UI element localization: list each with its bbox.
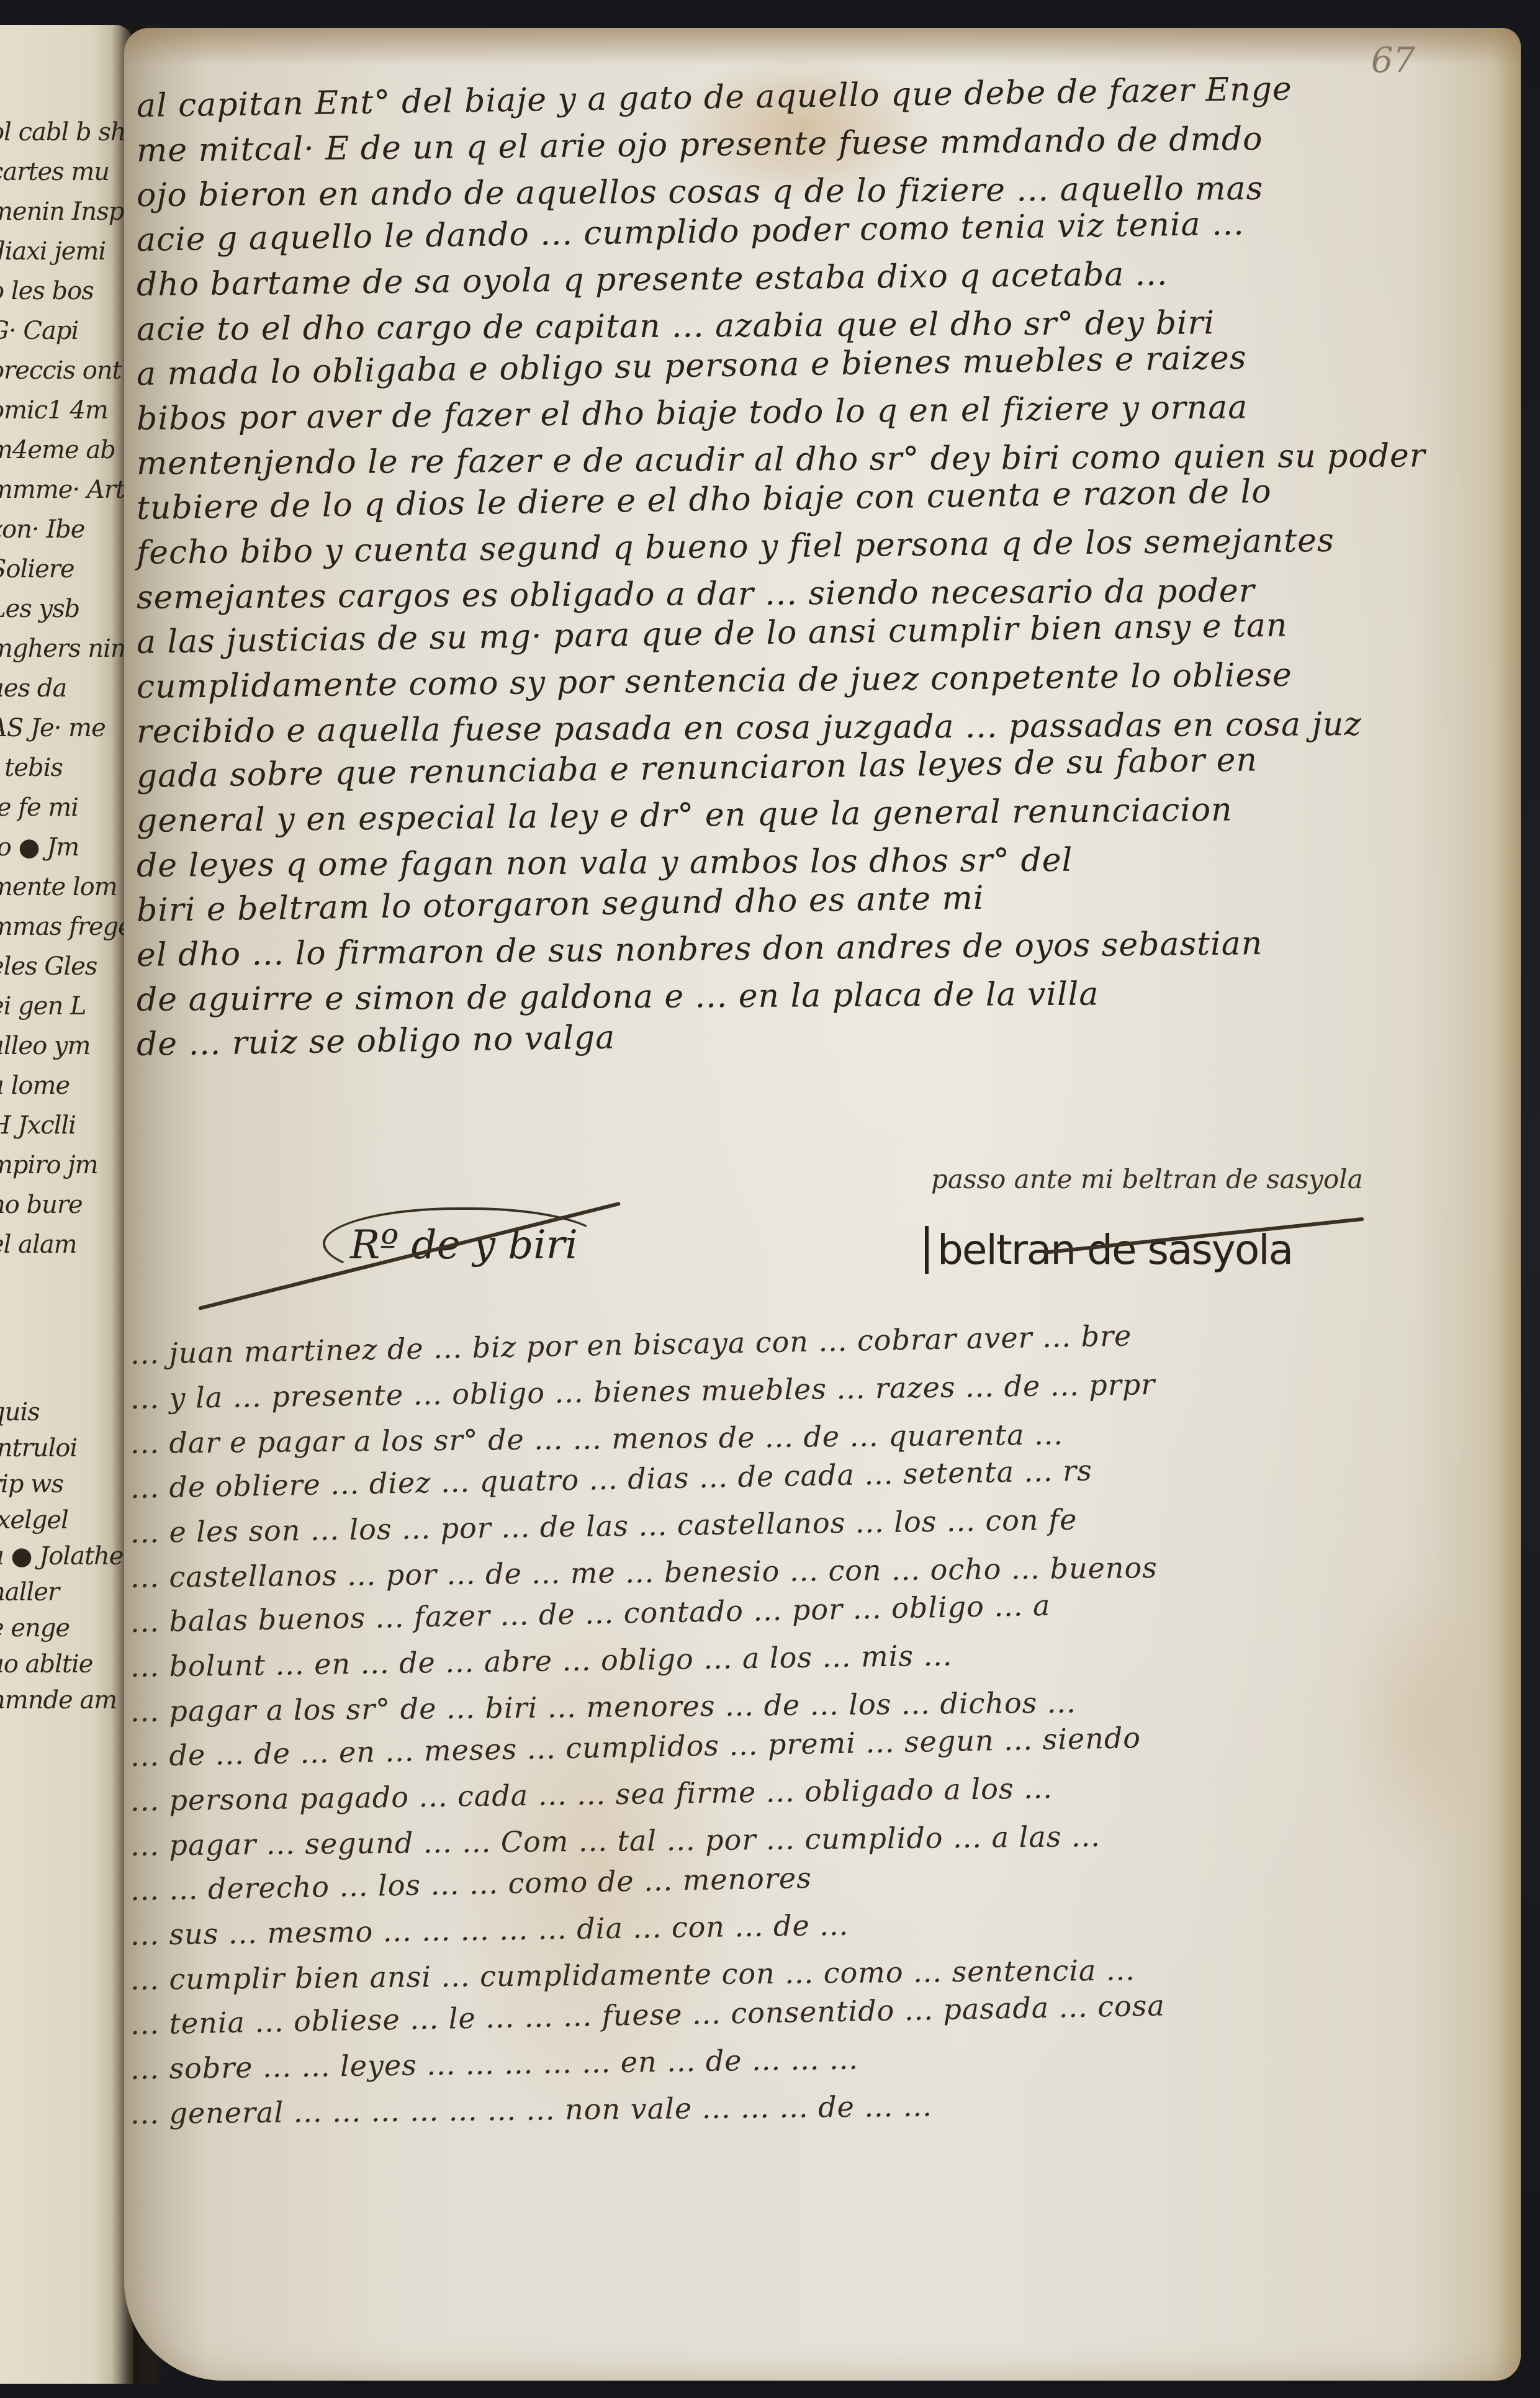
left-page-line: …ol cabl b sh <box>0 118 126 146</box>
left-page-line: …G· Capi <box>0 317 78 345</box>
left-page-line: …ei gen L <box>0 992 86 1021</box>
paragraph-contract: al capitan Ent° del biaje y a gato de aq… <box>137 84 1490 1067</box>
paragraph-obligation: ... juan martinez de ... biz por en bisc… <box>130 1332 1496 2136</box>
left-page-line: …a ● Jolathe <box>0 1542 123 1571</box>
left-page-line: …zon· Ibe <box>0 515 84 544</box>
left-page-line: …Soliere <box>0 555 74 584</box>
left-page-line: …eles Gles <box>0 952 97 981</box>
left-page-line: …el alam <box>0 1230 77 1259</box>
left-page-line: …mpiro jm <box>0 1151 98 1179</box>
left-page-line: …o les bos <box>0 277 94 305</box>
left-page-line: …io ● Jm <box>0 833 79 862</box>
left-page-line: …- tebis <box>0 754 63 782</box>
left-page-line: …oreccis ont <box>0 356 122 385</box>
left-page-line: …quis <box>0 1398 40 1427</box>
left-page-line: …ixelgel <box>0 1506 68 1535</box>
left-page-line: …Les ysb <box>0 595 79 623</box>
left-page-line: …diaxi jemi <box>0 237 106 266</box>
left-page-line: …no bure <box>0 1191 83 1219</box>
left-page-line: …alleo ym <box>0 1032 90 1060</box>
left-page-line: …cartes mu <box>0 158 109 186</box>
left-page-line: …nmnde am <box>0 1686 117 1715</box>
manuscript-folio: 67 al capitan Ent° del biaje y a gato de… <box>124 28 1521 2381</box>
notary-caption: passo ante mi beltran de sasyola <box>931 1164 1363 1194</box>
left-page-line: …m4eme ab <box>0 436 115 464</box>
left-page-line: …mmme· Art <box>0 476 125 504</box>
left-page-line: …intruloi <box>0 1434 77 1463</box>
left-page-line: …ao abltie <box>0 1650 92 1679</box>
signature-block: Rº de y biri passo ante mi beltran de sa… <box>124 1139 1521 1325</box>
left-page-line: …H Jxclli <box>0 1111 76 1140</box>
left-page-line: …naller <box>0 1578 59 1607</box>
left-page-line: …e enge <box>0 1614 70 1643</box>
left-page-line: …ie fe mi <box>0 793 78 822</box>
left-page-line: …a lome <box>0 1071 70 1100</box>
left-page-line: …aes da <box>0 674 66 703</box>
left-page-line: …rip ws <box>0 1470 63 1499</box>
left-page-line: …mente lom <box>0 873 117 901</box>
left-page-line: …omic1 4m <box>0 396 108 425</box>
left-page-line: …AS Je· me <box>0 714 106 742</box>
